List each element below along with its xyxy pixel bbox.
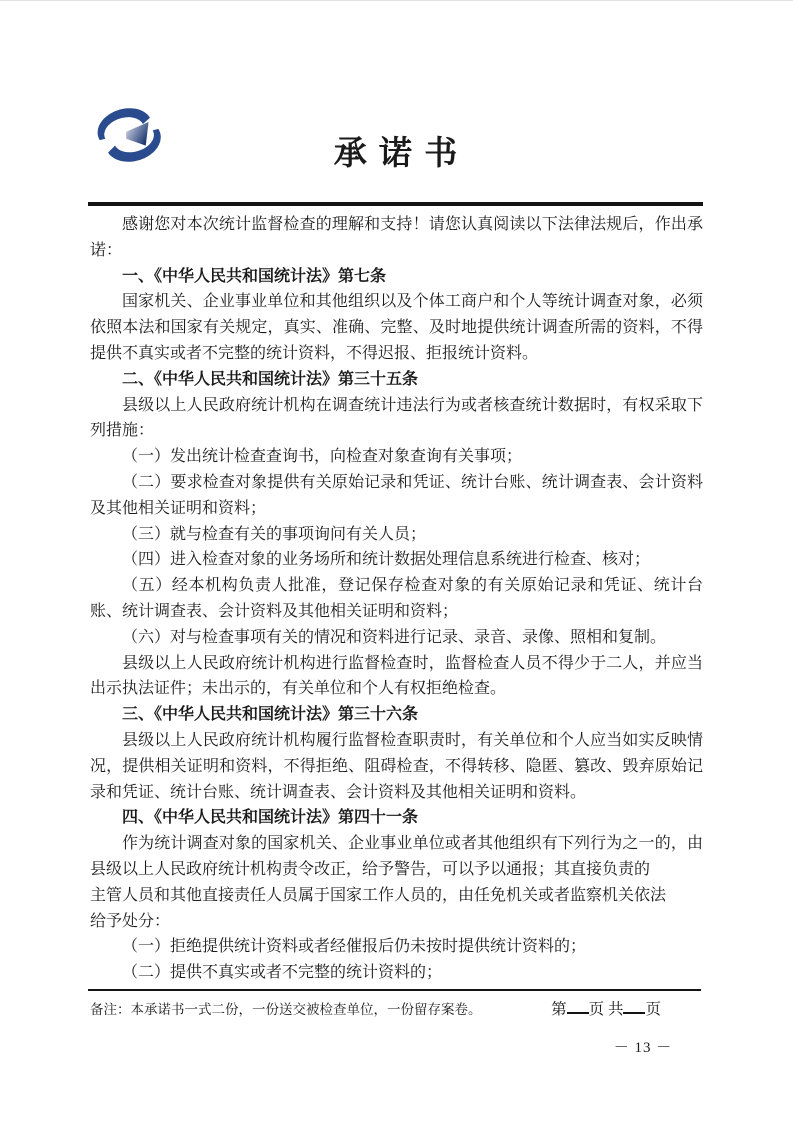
list-item: （一）发出统计检查查询书，向检查对象查询有关事项； [90,444,703,470]
list-item: （四）进入检查对象的业务场所和统计数据处理信息系统进行检查、核对； [90,547,703,573]
paragraph: 国家机关、企业事业单位和其他组织以及个体工商户和个人等统计调查对象，必须依照本法… [90,289,703,366]
section-heading-3: 三、《中华人民共和国统计法》第三十六条 [90,702,703,728]
paragraph: 主管人员和其他直接责任人员属于国家工作人员的，由任免机关或者监察机关依法 [90,883,703,909]
document-body: 感谢您对本次统计监督检查的理解和支持！请您认真阅读以下法律法规后，作出承诺： 一… [90,212,703,986]
section-heading-2: 二、《中华人民共和国统计法》第三十五条 [90,367,703,393]
paragraph: 县级以上人民政府统计机构履行监督检查职责时，有关单位和个人应当如实反映情况，提供… [90,728,703,805]
page-number: － 13 － [603,1036,683,1057]
list-item: （二）要求检查对象提供有关原始记录和凭证、统计台账、统计调查表、会计资料及其他相… [90,470,703,522]
paragraph: 县级以上人民政府统计机构进行监督检查时，监督检查人员不得少于二人，并应当出示执法… [90,651,703,703]
list-item: （一）拒绝提供统计资料或者经催报后仍未按时提供统计资料的； [90,934,703,960]
footer-divider [88,989,701,991]
document-page: 承 诺 书 感谢您对本次统计监督检查的理解和支持！请您认真阅读以下法律法规后，作… [0,0,793,1122]
section-heading-1: 一、《中华人民共和国统计法》第七条 [90,264,703,290]
document-title: 承 诺 书 [0,127,793,174]
page-counter-label-mid: 页 共 [589,1001,624,1018]
page-number-blank [567,999,589,1014]
title-divider [88,202,703,206]
paragraph: 县级以上人民政府统计机构在调查统计违法行为或者核查统计数据时，有权采取下列措施： [90,393,703,445]
page-counter-label-first: 第 [551,1001,567,1018]
total-pages-blank [623,999,645,1014]
footer-note: 备注：本承诺书一式二份，一份送交被检查单位，一份留存案卷。 [90,998,482,1018]
list-item: （五）经本机构负责人批准，登记保存检查对象的有关原始记录和凭证、统计台账、统计调… [90,573,703,625]
list-item: （三）就与检查有关的事项询问有关人员； [90,522,703,548]
page-counter: 第页 共页 [551,997,703,1019]
list-item: （六）对与检查事项有关的情况和资料进行记录、录音、录像、照相和复制。 [90,625,703,651]
list-item: （二）提供不真实或者不完整的统计资料的； [90,960,703,986]
footer: 备注：本承诺书一式二份，一份送交被检查单位，一份留存案卷。 第页 共页 [90,997,703,1019]
paragraph: 作为统计调查对象的国家机关、企业事业单位或者其他组织有下列行为之一的，由县级以上… [90,831,703,883]
section-heading-4: 四、《中华人民共和国统计法》第四十一条 [90,805,703,831]
page-counter-label-last: 页 [645,1001,661,1018]
paragraph: 给予处分： [90,909,703,935]
intro-paragraph: 感谢您对本次统计监督检查的理解和支持！请您认真阅读以下法律法规后，作出承诺： [90,212,703,264]
